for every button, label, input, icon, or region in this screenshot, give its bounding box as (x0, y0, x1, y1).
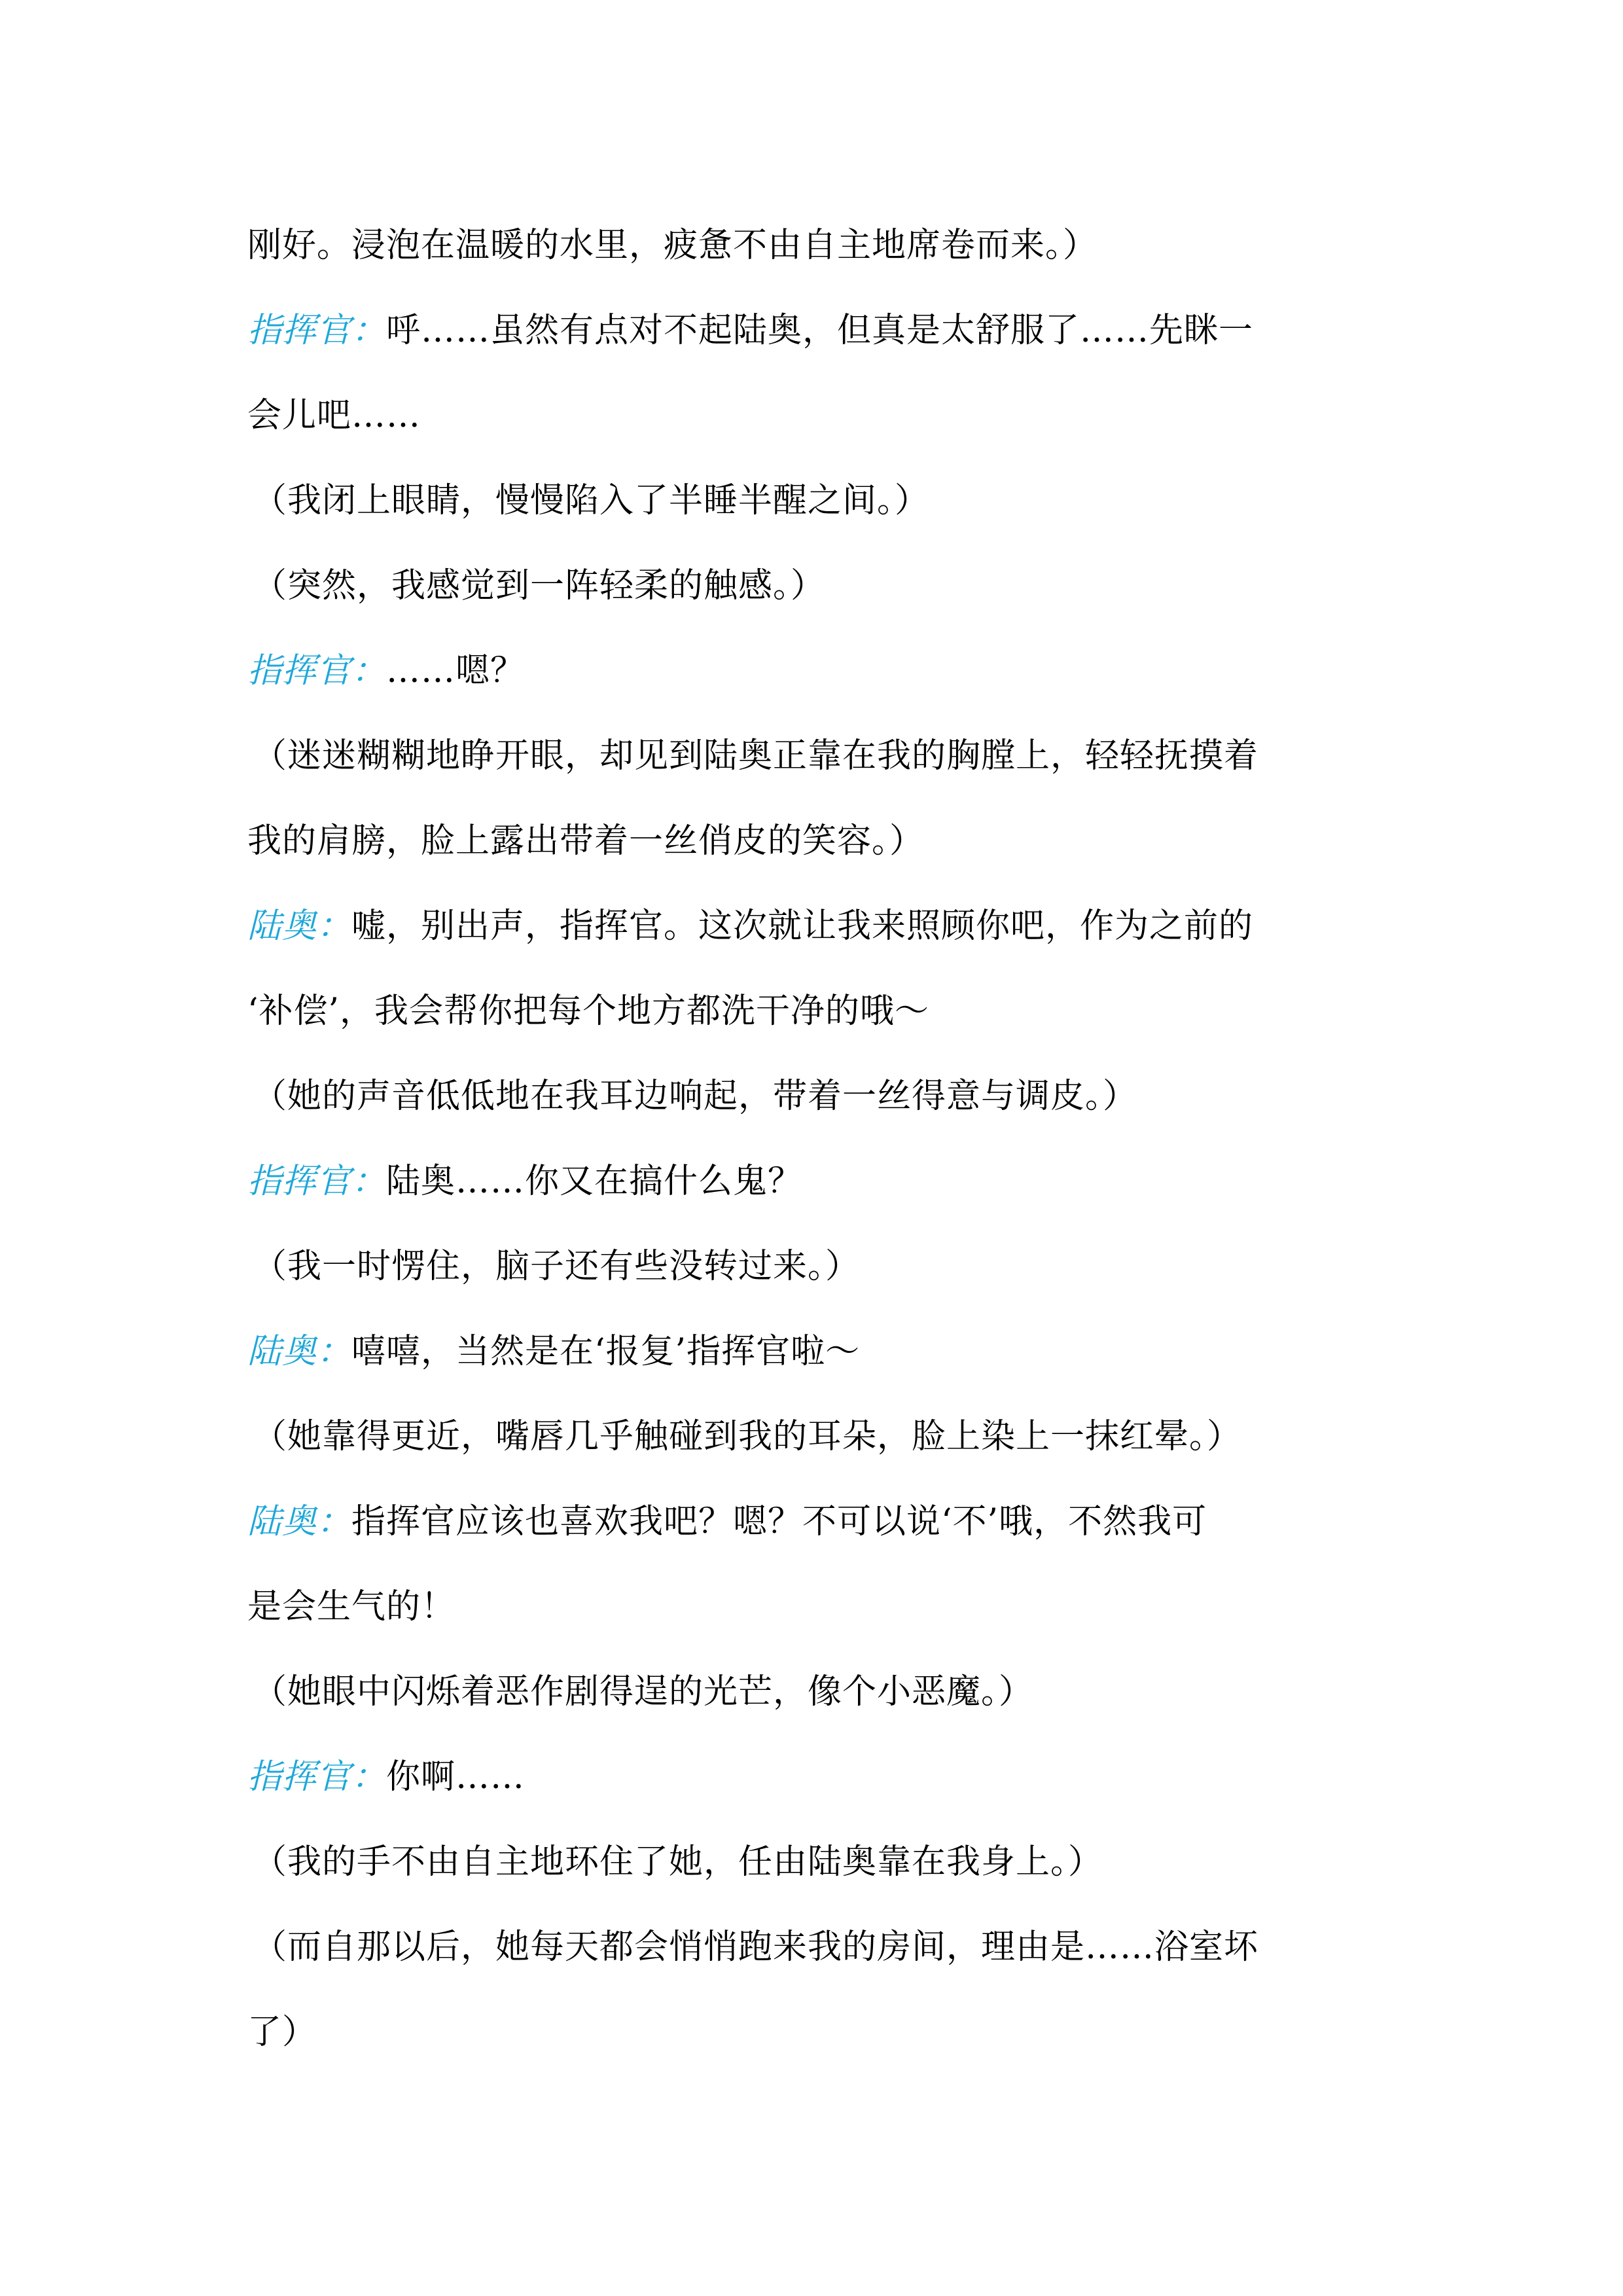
document-page: 刚好。浸泡在温暖的水里，疲惫不由自主地席卷而来。） 指挥官：呼……虽然有点对不起… (247, 203, 1381, 2075)
line-text: （她的声音低低地在我耳边响起，带着一丝得意与调皮。） (253, 1077, 1137, 1116)
speaker-label: 指挥官： (247, 1757, 386, 1797)
line-text: （突然，我感觉到一阵轻柔的触感。） (253, 566, 825, 605)
narration-line: （她靠得更近，嘴唇几乎触碰到我的耳朵，脸上染上一抹红晕。） (247, 1394, 1381, 1479)
text-line: 会儿吧…… (247, 373, 1381, 458)
line-text: （她眼中闪烁着恶作剧得逞的光芒，像个小恶魔。） (253, 1672, 1033, 1712)
speaker-label: 陆奥： (247, 1502, 351, 1541)
line-text: （我的手不由自主地环住了她，任由陆奥靠在我身上。） (253, 1842, 1103, 1882)
speaker-label: 陆奥： (247, 906, 351, 946)
narration-line: （突然，我感觉到一阵轻柔的触感。） (247, 543, 1381, 628)
speaker-label: 指挥官： (247, 1162, 386, 1201)
text-line: 了） (247, 1990, 1381, 2075)
line-text: （而自那以后，她每天都会悄悄跑来我的房间，理由是……浴室坏 (253, 1928, 1258, 1967)
narration-line: （而自那以后，她每天都会悄悄跑来我的房间，理由是……浴室坏 (247, 1905, 1381, 1990)
dialogue-line: 陆奥：嘘，别出声，指挥官。这次就让我来照顾你吧，作为之前的 (247, 884, 1381, 969)
line-text: （我闭上眼睛，慢慢陷入了半睡半醒之间。） (253, 481, 929, 520)
narration-line: （我的手不由自主地环住了她，任由陆奥靠在我身上。） (247, 1820, 1381, 1905)
line-text: 我的肩膀，脸上露出带着一丝俏皮的笑容。） (247, 821, 924, 861)
narration-line: （她的声音低低地在我耳边响起，带着一丝得意与调皮。） (247, 1054, 1381, 1139)
dialogue-line: 指挥官：……嗯？ (247, 628, 1381, 713)
narration-line: （我一时愣住，脑子还有些没转过来。） (247, 1224, 1381, 1309)
line-text: ……嗯？ (386, 651, 525, 691)
dialogue-line: 指挥官：陆奥……你又在搞什么鬼？ (247, 1139, 1381, 1224)
dialogue-line: 陆奥：嘻嘻，当然是在‘报复’指挥官啦～ (247, 1309, 1381, 1394)
speaker-label: 陆奥： (247, 1332, 351, 1371)
narration-line: （她眼中闪烁着恶作剧得逞的光芒，像个小恶魔。） (247, 1649, 1381, 1734)
line-text: 呼……虽然有点对不起陆奥，但真是太舒服了……先眯一 (386, 311, 1253, 350)
speaker-label: 指挥官： (247, 311, 386, 350)
line-text: ‘补偿’，我会帮你把每个地方都洗干净的哦～ (247, 992, 929, 1031)
narration-line: （我闭上眼睛，慢慢陷入了半睡半醒之间。） (247, 458, 1381, 543)
text-line: ‘补偿’，我会帮你把每个地方都洗干净的哦～ (247, 969, 1381, 1054)
line-text: 指挥官应该也喜欢我吧？嗯？不可以说‘不’哦，不然我可 (351, 1502, 1207, 1541)
line-text: （她靠得更近，嘴唇几乎触碰到我的耳朵，脸上染上一抹红晕。） (253, 1417, 1241, 1456)
text-line: 我的肩膀，脸上露出带着一丝俏皮的笑容。） (247, 798, 1381, 884)
line-text: 你啊…… (386, 1757, 525, 1797)
dialogue-line: 陆奥：指挥官应该也喜欢我吧？嗯？不可以说‘不’哦，不然我可 (247, 1479, 1381, 1564)
speaker-label: 指挥官： (247, 651, 386, 691)
text-line: 是会生气的！ (247, 1564, 1381, 1649)
line-text: 嘻嘻，当然是在‘报复’指挥官啦～ (351, 1332, 860, 1371)
line-text: 陆奥……你又在搞什么鬼？ (386, 1162, 802, 1201)
narration-line: （迷迷糊糊地睁开眼，却见到陆奥正靠在我的胸膛上，轻轻抚摸着 (247, 713, 1381, 798)
line-text: 嘘，别出声，指挥官。这次就让我来照顾你吧，作为之前的 (351, 906, 1253, 946)
line-text: 会儿吧…… (247, 396, 421, 435)
line-text: 是会生气的！ (247, 1587, 455, 1626)
line-text: 了） (247, 2013, 317, 2052)
line-text: （迷迷糊糊地睁开眼，却见到陆奥正靠在我的胸膛上，轻轻抚摸着 (253, 736, 1258, 776)
line-text: 刚好。浸泡在温暖的水里，疲惫不由自主地席卷而来。） (247, 226, 1097, 265)
dialogue-line: 指挥官：呼……虽然有点对不起陆奥，但真是太舒服了……先眯一 (247, 288, 1381, 373)
text-line: 刚好。浸泡在温暖的水里，疲惫不由自主地席卷而来。） (247, 203, 1381, 288)
dialogue-line: 指挥官：你啊…… (247, 1734, 1381, 1820)
line-text: （我一时愣住，脑子还有些没转过来。） (253, 1247, 860, 1286)
